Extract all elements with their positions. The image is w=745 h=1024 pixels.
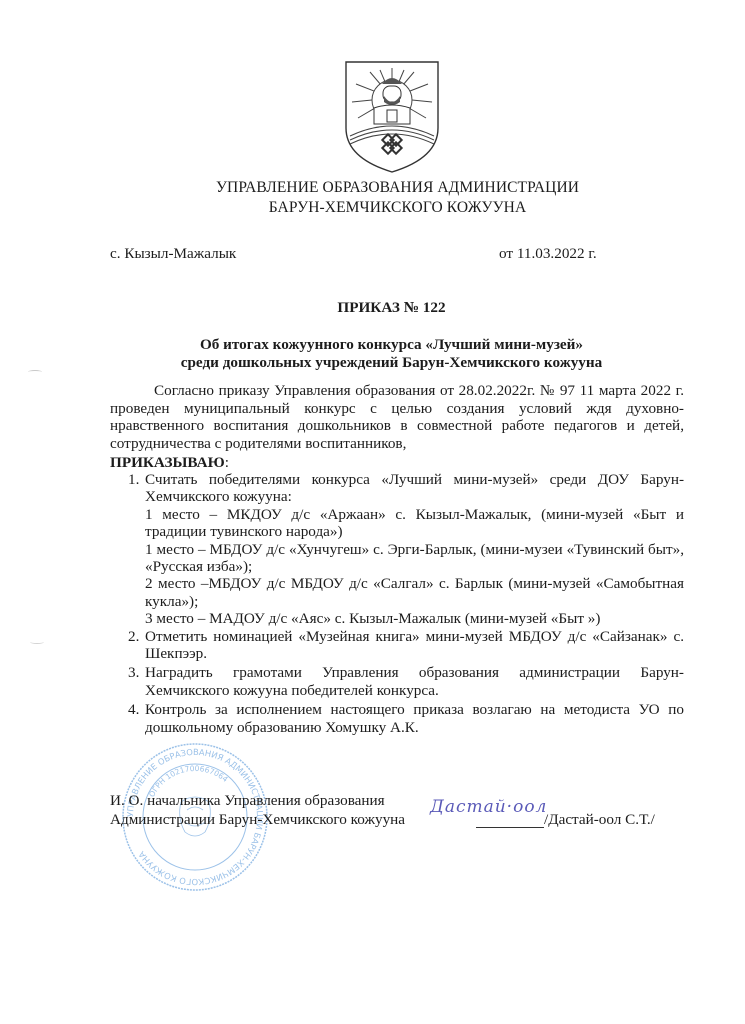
org-name-line2: БАРУН-ХЕМЧИКСКОГО КОЖУУНА bbox=[50, 198, 745, 218]
signature-area: Дастай·оол /Дастай-оол С.Т./ bbox=[430, 801, 690, 833]
directive-heading: ПРИКАЗЫВАЮ: bbox=[110, 454, 229, 472]
winner-entry: 3 место – МАДОУ д/с «Аяс» с. Кызыл-Мажал… bbox=[145, 610, 684, 627]
order-item-3: 3. Наградить грамотами Управления образо… bbox=[128, 664, 684, 699]
signatory-name: /Дастай-оол С.Т./ bbox=[544, 811, 655, 829]
directive-colon: : bbox=[225, 454, 229, 471]
order-date: от 11.03.2022 г. bbox=[499, 245, 597, 263]
scan-mark bbox=[28, 370, 42, 374]
order-item-4: 4. Контроль за исполнением настоящего пр… bbox=[128, 701, 684, 736]
signature-line bbox=[476, 827, 544, 828]
order-item-2: 2. Отметить номинацией «Музейная книга» … bbox=[128, 628, 684, 663]
directive-word: ПРИКАЗЫВАЮ bbox=[110, 454, 225, 471]
signatory-position: И. О. начальника Управления образования … bbox=[110, 791, 405, 829]
scan-mark bbox=[30, 640, 44, 644]
winner-entry: 1 место – МБДОУ д/с «Хунчугеш» с. Эрги-Б… bbox=[145, 541, 684, 576]
signatory-position-line1: И. О. начальника Управления образования bbox=[110, 791, 405, 810]
subject-line2: среди дошкольных учреждений Барун-Хемчик… bbox=[38, 354, 745, 372]
subject-line1: Об итогах кожуунного конкурса «Лучший ми… bbox=[38, 336, 745, 354]
place-of-issue: с. Кызыл-Мажалык bbox=[110, 245, 236, 263]
organization-header: УПРАВЛЕНИЕ ОБРАЗОВАНИЯ АДМИНИСТРАЦИИ БАР… bbox=[0, 178, 745, 218]
order-title: ПРИКАЗ № 122 bbox=[0, 299, 745, 317]
item-text: Наградить грамотами Управления образован… bbox=[145, 664, 684, 699]
order-items-list: 1. Считать победителями конкурса «Лучший… bbox=[128, 471, 684, 736]
item-number: 2. bbox=[128, 628, 139, 645]
item-text: Отметить номинацией «Музейная книга» мин… bbox=[145, 628, 684, 663]
order-item-1: 1. Считать победителями конкурса «Лучший… bbox=[128, 471, 684, 628]
handwritten-signature: Дастай·оол bbox=[430, 797, 547, 817]
coat-of-arms-emblem bbox=[340, 58, 444, 176]
preamble-paragraph: Согласно приказу Управления образования … bbox=[110, 382, 684, 452]
item-number: 4. bbox=[128, 701, 139, 718]
winner-entry: 1 место – МКДОУ д/с «Аржаан» с. Кызыл-Ма… bbox=[145, 506, 684, 541]
winner-entry: 2 место –МБДОУ д/с МБДОУ д/с «Салгал» с.… bbox=[145, 575, 684, 610]
order-subject: Об итогах кожуунного конкурса «Лучший ми… bbox=[0, 336, 745, 372]
item-text: Контроль за исполнением настоящего прика… bbox=[145, 701, 684, 736]
org-name-line1: УПРАВЛЕНИЕ ОБРАЗОВАНИЯ АДМИНИСТРАЦИИ bbox=[50, 178, 745, 198]
signatory-position-line2: Администрации Барун-Хемчикского кожууна bbox=[110, 810, 405, 829]
item-text: Считать победителями конкурса «Лучший ми… bbox=[145, 471, 684, 506]
item-number: 1. bbox=[128, 471, 139, 488]
item-number: 3. bbox=[128, 664, 139, 681]
